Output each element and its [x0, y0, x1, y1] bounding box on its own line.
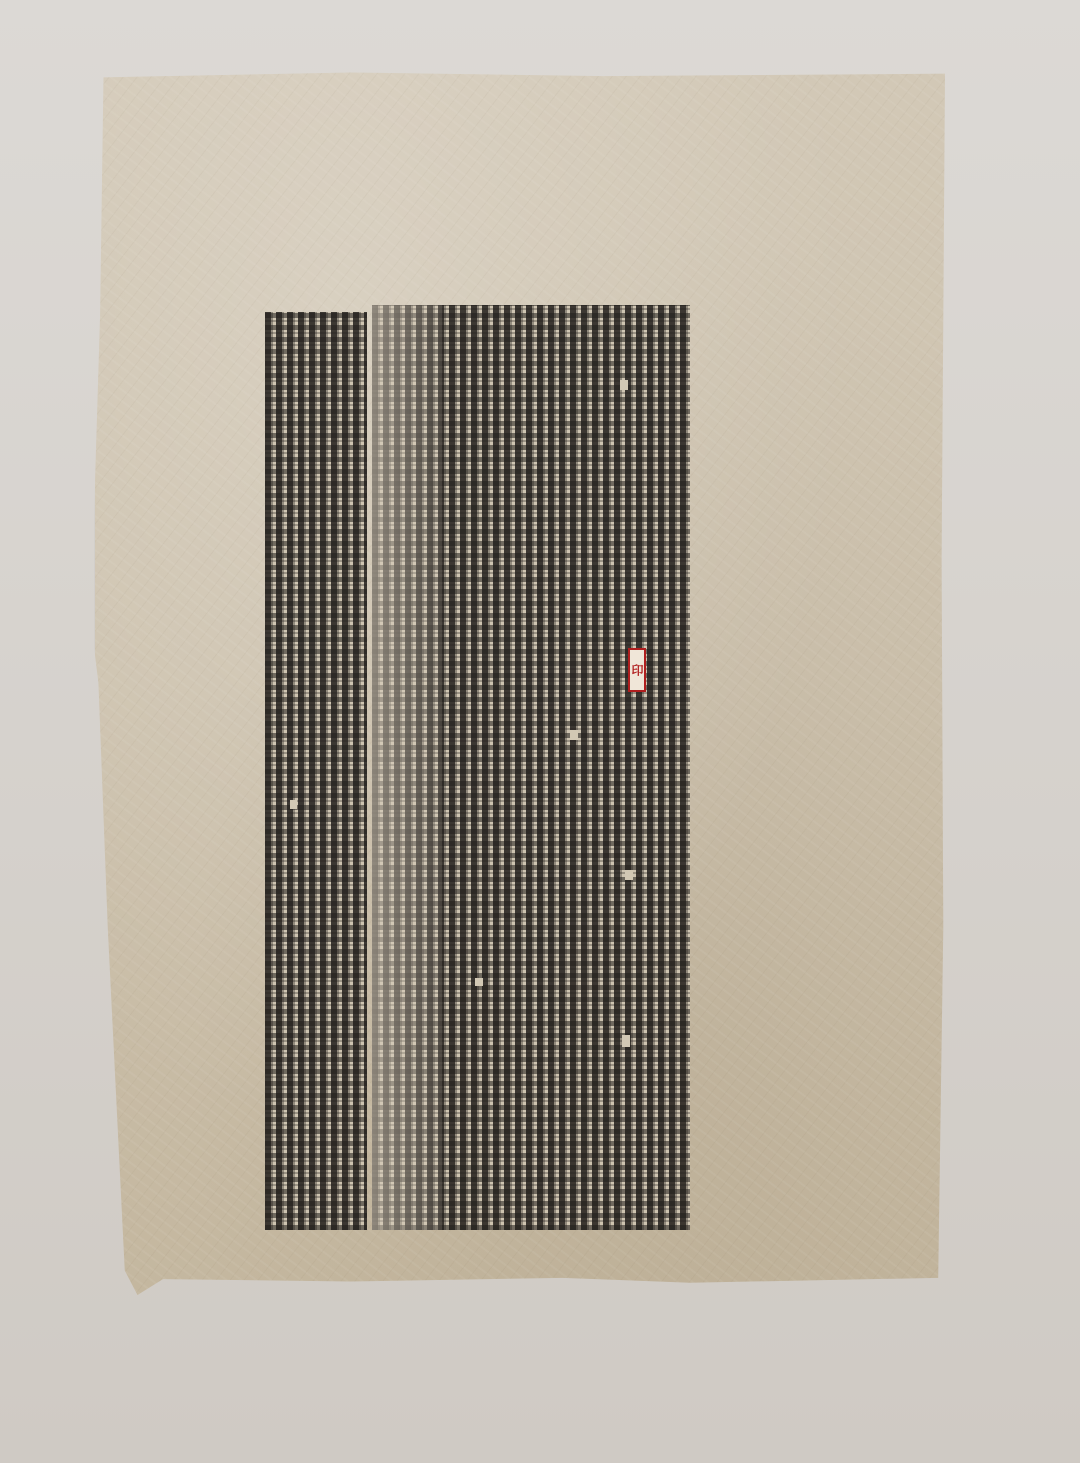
blank-space — [620, 380, 628, 390]
blank-space — [290, 800, 297, 809]
faded-ink-strip — [372, 305, 442, 1230]
blank-space — [475, 978, 483, 986]
blank-space — [570, 730, 578, 740]
calligraphy-text-block-left — [265, 312, 367, 1230]
blank-space — [622, 1035, 630, 1047]
red-artist-seal: 印 — [628, 648, 646, 692]
blank-space — [625, 870, 633, 880]
